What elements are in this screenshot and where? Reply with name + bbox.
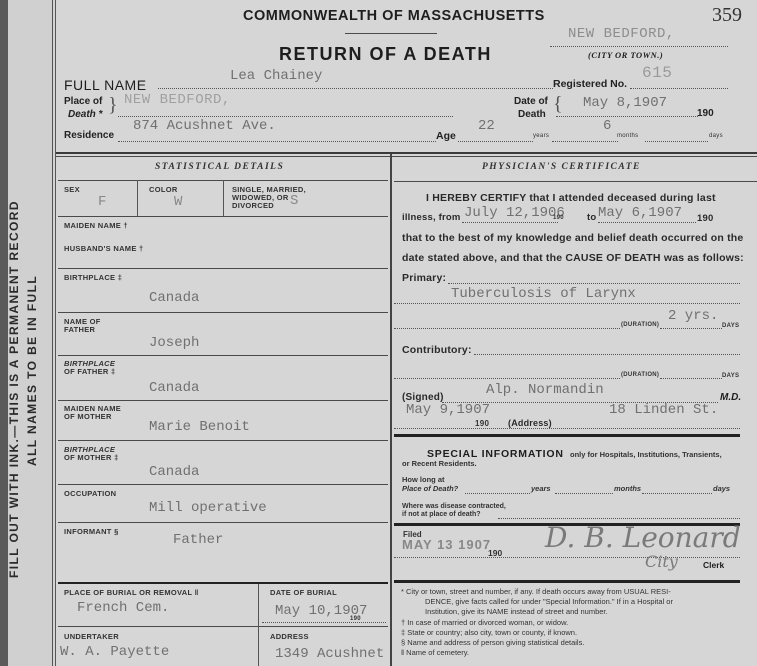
- residence-value: 874 Acushnet Ave.: [133, 118, 276, 134]
- primary-label: Primary:: [402, 272, 446, 284]
- age-label: Age: [436, 130, 456, 142]
- brace: }: [108, 94, 118, 117]
- sex-label: SEX: [64, 186, 80, 194]
- occupation-value: Mill operative: [149, 500, 267, 516]
- registered-no-label: Registered No.: [553, 78, 627, 90]
- birthplace-value: Canada: [149, 290, 199, 306]
- how-long-months-label: months: [614, 484, 641, 494]
- months-label: months: [617, 133, 638, 139]
- filed-line: [394, 557, 740, 558]
- burial-place-value: French Cem.: [77, 600, 169, 616]
- footnote-double-dagger: ‡ State or country; also city, town or c…: [401, 628, 577, 638]
- registered-no-line: [630, 88, 728, 89]
- how-long-years-line: [465, 493, 530, 494]
- where-line: [498, 518, 740, 519]
- burial-place-label: PLACE OF BURIAL OR REMOVAL ‖: [64, 589, 199, 597]
- to-label: to: [587, 212, 596, 223]
- color-label: COLOR: [149, 186, 178, 194]
- illness-from-value: July 12,1906: [464, 205, 565, 221]
- rule: [58, 484, 388, 485]
- primary-line-2: [394, 303, 740, 304]
- father-birthplace-label-2: OF FATHER ‡: [64, 368, 116, 376]
- clerk-label: Clerk: [703, 560, 724, 570]
- age-years-value: 22: [478, 118, 495, 134]
- husbands-name-label: HUSBAND'S NAME †: [64, 245, 144, 253]
- city-line: [550, 46, 728, 47]
- signed-date-suffix: 190: [475, 419, 489, 428]
- contributory-label: Contributory:: [402, 344, 472, 356]
- illness-to-line: [598, 222, 696, 223]
- residence-label: Residence: [64, 130, 114, 141]
- header-rule: [345, 33, 437, 34]
- contributory-duration-line: [394, 378, 620, 379]
- contributory-duration-label: (DURATION): [621, 372, 659, 378]
- clerk-signature: D. B. Leonard: [545, 521, 741, 554]
- margin-instruction-ink: FILL OUT WITH INK.—THIS IS A PERMANENT R…: [7, 200, 21, 578]
- certify-line-4: date stated above, and that the CAUSE OF…: [402, 252, 744, 264]
- age-months-value: 6: [603, 118, 611, 134]
- registered-no-value: 615: [642, 64, 672, 82]
- physician-address-label: (Address): [508, 418, 552, 428]
- age-months-line: [552, 141, 618, 142]
- rule: [394, 181, 757, 182]
- contributory-line: [474, 354, 740, 355]
- duration-days-line: [660, 328, 722, 329]
- physician-address-value: 18 Linden St.: [609, 402, 718, 418]
- age-years-line: [458, 141, 533, 142]
- rule: [58, 355, 388, 356]
- commonwealth-heading: COMMONWEALTH OF MASSACHUSETTS: [243, 8, 545, 24]
- father-value: Joseph: [149, 335, 199, 351]
- years-label: years: [533, 133, 549, 139]
- maiden-name-label: MAIDEN NAME †: [64, 222, 128, 230]
- statistical-heading: STATISTICAL DETAILS: [155, 162, 284, 172]
- mother-birthplace-value: Canada: [149, 464, 199, 480]
- city-stamp: NEW BEDFORD,: [568, 26, 675, 42]
- how-long-2: Place of Death?: [402, 484, 458, 494]
- physician-heading: PHYSICIAN'S CERTIFICATE: [482, 162, 641, 172]
- birthplace-label: BIRTHPLACE ‡: [64, 274, 122, 282]
- place-of-death-value: NEW BEDFORD,: [124, 92, 231, 108]
- place-of-label: Place of: [64, 96, 102, 107]
- rule: [58, 522, 388, 523]
- death-certificate-page: FILL OUT WITH INK.—THIS IS A PERMANENT R…: [0, 0, 757, 666]
- father-label-2: FATHER: [64, 326, 95, 334]
- undertaker-label: UNDERTAKER: [64, 633, 119, 641]
- physician-address-line: [394, 428, 740, 429]
- margin-instruction-names: ALL NAMES TO BE IN FULL: [25, 275, 39, 466]
- md-label: M.D.: [720, 392, 741, 403]
- date-of-death-value: May 8,1907: [583, 95, 667, 111]
- sex-value: F: [98, 194, 106, 210]
- rule: [58, 268, 388, 269]
- divider: [223, 180, 224, 216]
- footnote-section: § Name and address of person giving stat…: [401, 638, 584, 648]
- form-top-rule-2: [56, 156, 757, 157]
- how-long-months-line: [555, 493, 613, 494]
- footnote-star-2: DENCE, give facts called for under "Spec…: [425, 597, 673, 607]
- burial-top-rule: [58, 582, 388, 584]
- footnote-pipes: ‖ Name of cemetery.: [401, 648, 469, 658]
- how-long-days-line: [642, 493, 712, 494]
- divider: [258, 584, 259, 666]
- burial-date-line: [262, 622, 386, 623]
- occupation-label: OCCUPATION: [64, 490, 116, 498]
- illness-from-line: [462, 222, 558, 223]
- special-line-2: or Recent Residents.: [402, 459, 477, 469]
- informant-label: INFORMANT §: [64, 528, 119, 536]
- primary-duration-value: 2 yrs.: [668, 308, 718, 324]
- special-top-rule: [394, 434, 740, 437]
- duration-days-label: DAYS: [722, 323, 739, 329]
- death-label: Death *: [68, 109, 102, 120]
- to-suffix: 190: [697, 213, 713, 224]
- certify-line-1: I HEREBY CERTIFY that I attended decease…: [426, 192, 716, 204]
- age-days-line: [645, 141, 708, 142]
- clerk-signature-sub: City: [645, 552, 678, 571]
- document-title: RETURN OF A DEATH: [279, 44, 492, 65]
- city-caption: (CITY OR TOWN.): [588, 50, 663, 60]
- father-birthplace-value: Canada: [149, 380, 199, 396]
- informant-value: Father: [173, 532, 223, 548]
- brace: {: [553, 93, 563, 116]
- rule: [58, 440, 388, 441]
- how-long-years-label: years: [531, 484, 551, 494]
- rule: [58, 626, 388, 627]
- mother-label-2: OF MOTHER: [64, 413, 112, 421]
- full-name-label: FULL NAME: [64, 77, 147, 93]
- special-heading-rest: only for Hospitals, Institutions, Transi…: [570, 450, 722, 460]
- footnote-dagger: † In case of married or divorced woman, …: [401, 618, 568, 628]
- rule: [58, 400, 388, 401]
- form-top-rule: [56, 152, 757, 154]
- primary-line: [448, 283, 740, 284]
- full-name-line: [158, 88, 553, 89]
- date-death-label: Death: [518, 109, 546, 120]
- date-suffix: 190: [697, 108, 714, 119]
- marital-label-3: DIVORCED: [232, 202, 274, 210]
- how-long-days-label: days: [713, 484, 730, 494]
- date-of-death-line: [556, 116, 698, 117]
- days-label: days: [709, 133, 723, 139]
- where-2: if not at place of death?: [402, 510, 481, 520]
- rule: [58, 216, 388, 217]
- footnote-star: * City or town, street and number, if an…: [401, 587, 671, 597]
- from-suffix: 190: [553, 215, 564, 221]
- date-of-label: Date of: [514, 96, 548, 107]
- duration-line: [394, 328, 620, 329]
- burial-date-label: DATE OF BURIAL: [270, 589, 337, 597]
- primary-value: Tuberculosis of Larynx: [451, 286, 636, 302]
- duration-label: (DURATION): [621, 322, 659, 328]
- footnotes-top-rule: [394, 580, 740, 583]
- margin-rule: [52, 0, 53, 666]
- signed-value: Alp. Normandin: [486, 382, 604, 398]
- illness-from-label: illness, from: [402, 212, 461, 223]
- undertaker-value: W. A. Payette: [60, 644, 169, 660]
- filed-stamp: MAY 13 1907: [402, 537, 491, 552]
- certify-line-3: that to the best of my knowledge and bel…: [402, 232, 743, 244]
- burial-date-suffix: 190: [350, 616, 361, 622]
- divider: [137, 180, 138, 216]
- undertaker-address-value: 1349 Acushnet: [275, 646, 384, 662]
- place-of-death-line: [118, 116, 453, 117]
- residence-line: [118, 141, 436, 142]
- color-value: W: [174, 194, 182, 210]
- undertaker-address-label: ADDRESS: [270, 633, 309, 641]
- marital-value: S: [290, 193, 298, 209]
- margin-rule-inner: [55, 0, 56, 666]
- mother-value: Marie Benoit: [149, 419, 250, 435]
- page-number: 359: [712, 4, 742, 27]
- rule: [58, 312, 388, 313]
- signed-date-value: May 9,1907: [406, 402, 490, 418]
- mother-birthplace-label-2: OF MOTHER ‡: [64, 454, 119, 462]
- contributory-days-label: DAYS: [722, 373, 739, 379]
- footnote-star-3: Institution, give its NAME instead of st…: [425, 607, 608, 617]
- contributory-days-line: [660, 378, 722, 379]
- full-name-value: Lea Chainey: [230, 68, 322, 84]
- illness-to-value: May 6,1907: [598, 205, 682, 221]
- column-divider: [390, 154, 392, 666]
